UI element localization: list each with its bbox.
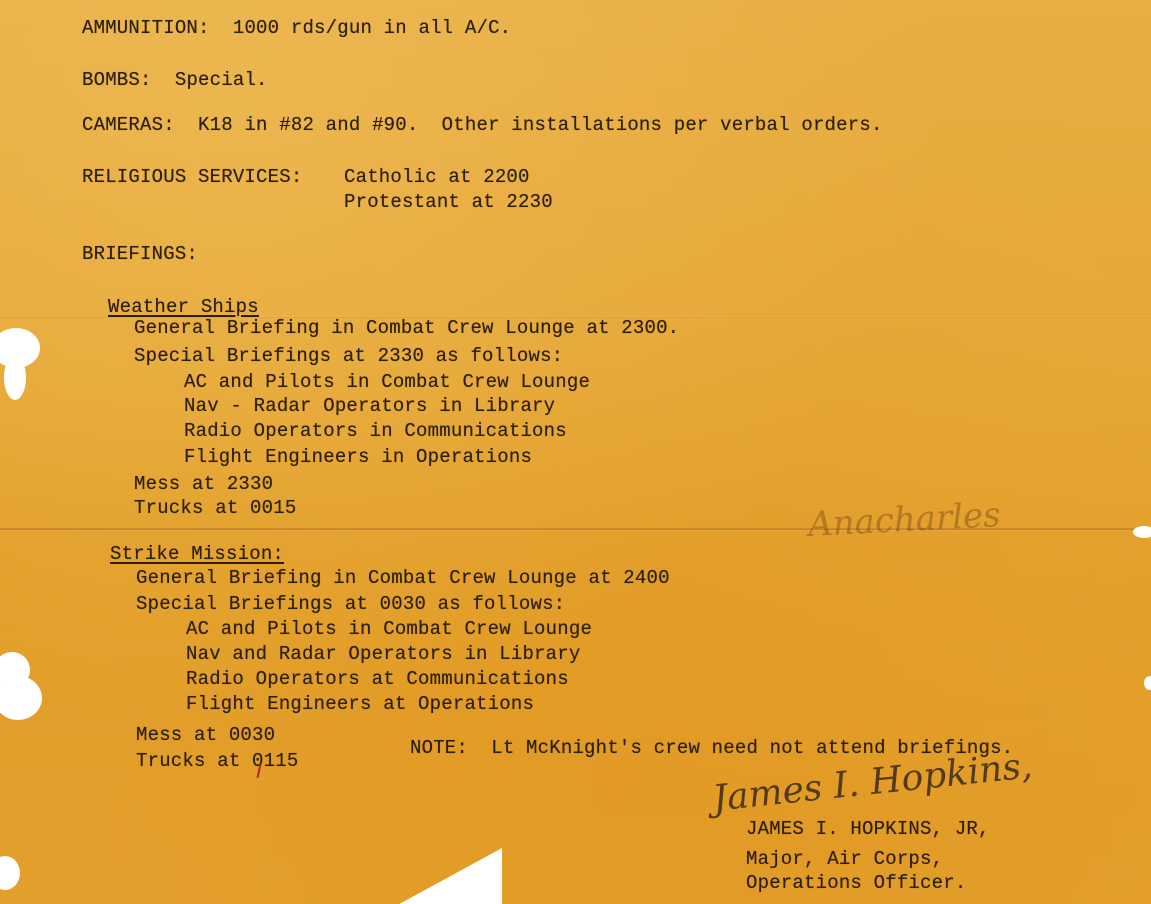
punch-hole-top-tear [4, 355, 26, 400]
cameras-row: CAMERAS: K18 in #82 and #90. Other insta… [82, 114, 883, 136]
note-label: NOTE: [410, 737, 468, 759]
strike-mess: Mess at 0030 [136, 724, 275, 746]
religious-service-protestant: Protestant at 2230 [344, 191, 553, 213]
signatory-name: JAMES I. HOPKINS, JR, [746, 818, 990, 840]
bombs-value: Special. [175, 69, 268, 91]
edge-tear-right-lower [1144, 676, 1151, 690]
weather-briefing-item: Flight Engineers in Operations [184, 446, 532, 468]
weather-special-briefings: Special Briefings at 2330 as follows: [134, 345, 563, 367]
strike-mission-heading: Strike Mission: [110, 543, 284, 565]
religious-service-catholic: Catholic at 2200 [344, 166, 530, 188]
strike-briefing-item: Flight Engineers at Operations [186, 693, 534, 715]
punch-hole-bottom [0, 856, 20, 890]
weather-briefing-item: Nav - Radar Operators in Library [184, 395, 555, 417]
weather-general-briefing: General Briefing in Combat Crew Lounge a… [134, 317, 679, 339]
cameras-label: CAMERAS: [82, 114, 175, 136]
strike-general-briefing: General Briefing in Combat Crew Lounge a… [136, 567, 670, 589]
weather-briefing-item: Radio Operators in Communications [184, 420, 567, 442]
torn-paper-corner [392, 848, 502, 904]
signatory-rank: Major, Air Corps, [746, 848, 943, 870]
weather-ships-heading: Weather Ships [108, 296, 259, 318]
briefings-label: BRIEFINGS: [82, 243, 198, 265]
typed-document: AMMUNITION: 1000 rds/gun in all A/C. BOM… [0, 0, 1151, 904]
cameras-value: K18 in #82 and #90. Other installations … [198, 114, 883, 136]
bombs-row: BOMBS: Special. [82, 69, 268, 91]
strike-briefing-item: Radio Operators at Communications [186, 668, 569, 690]
faint-handwriting: Anacharles [807, 495, 1001, 545]
bombs-label: BOMBS: [82, 69, 152, 91]
ammunition-row: AMMUNITION: 1000 rds/gun in all A/C. [82, 17, 511, 39]
weather-mess: Mess at 2330 [134, 473, 273, 495]
signatory-title: Operations Officer. [746, 872, 966, 894]
strike-special-briefings: Special Briefings at 0030 as follows: [136, 593, 565, 615]
strike-briefing-item: AC and Pilots in Combat Crew Lounge [186, 618, 592, 640]
ammunition-label: AMMUNITION: [82, 17, 210, 39]
edge-tear-right-upper [1133, 526, 1151, 538]
punch-hole-middle-tear [0, 676, 42, 720]
strike-briefing-item: Nav and Radar Operators in Library [186, 643, 580, 665]
weather-trucks: Trucks at 0015 [134, 497, 296, 519]
weather-briefing-item: AC and Pilots in Combat Crew Lounge [184, 371, 590, 393]
ammunition-value: 1000 rds/gun in all A/C. [233, 17, 511, 39]
strike-trucks: Trucks at 0115 [136, 750, 298, 772]
religious-services-label: RELIGIOUS SERVICES: [82, 166, 302, 188]
